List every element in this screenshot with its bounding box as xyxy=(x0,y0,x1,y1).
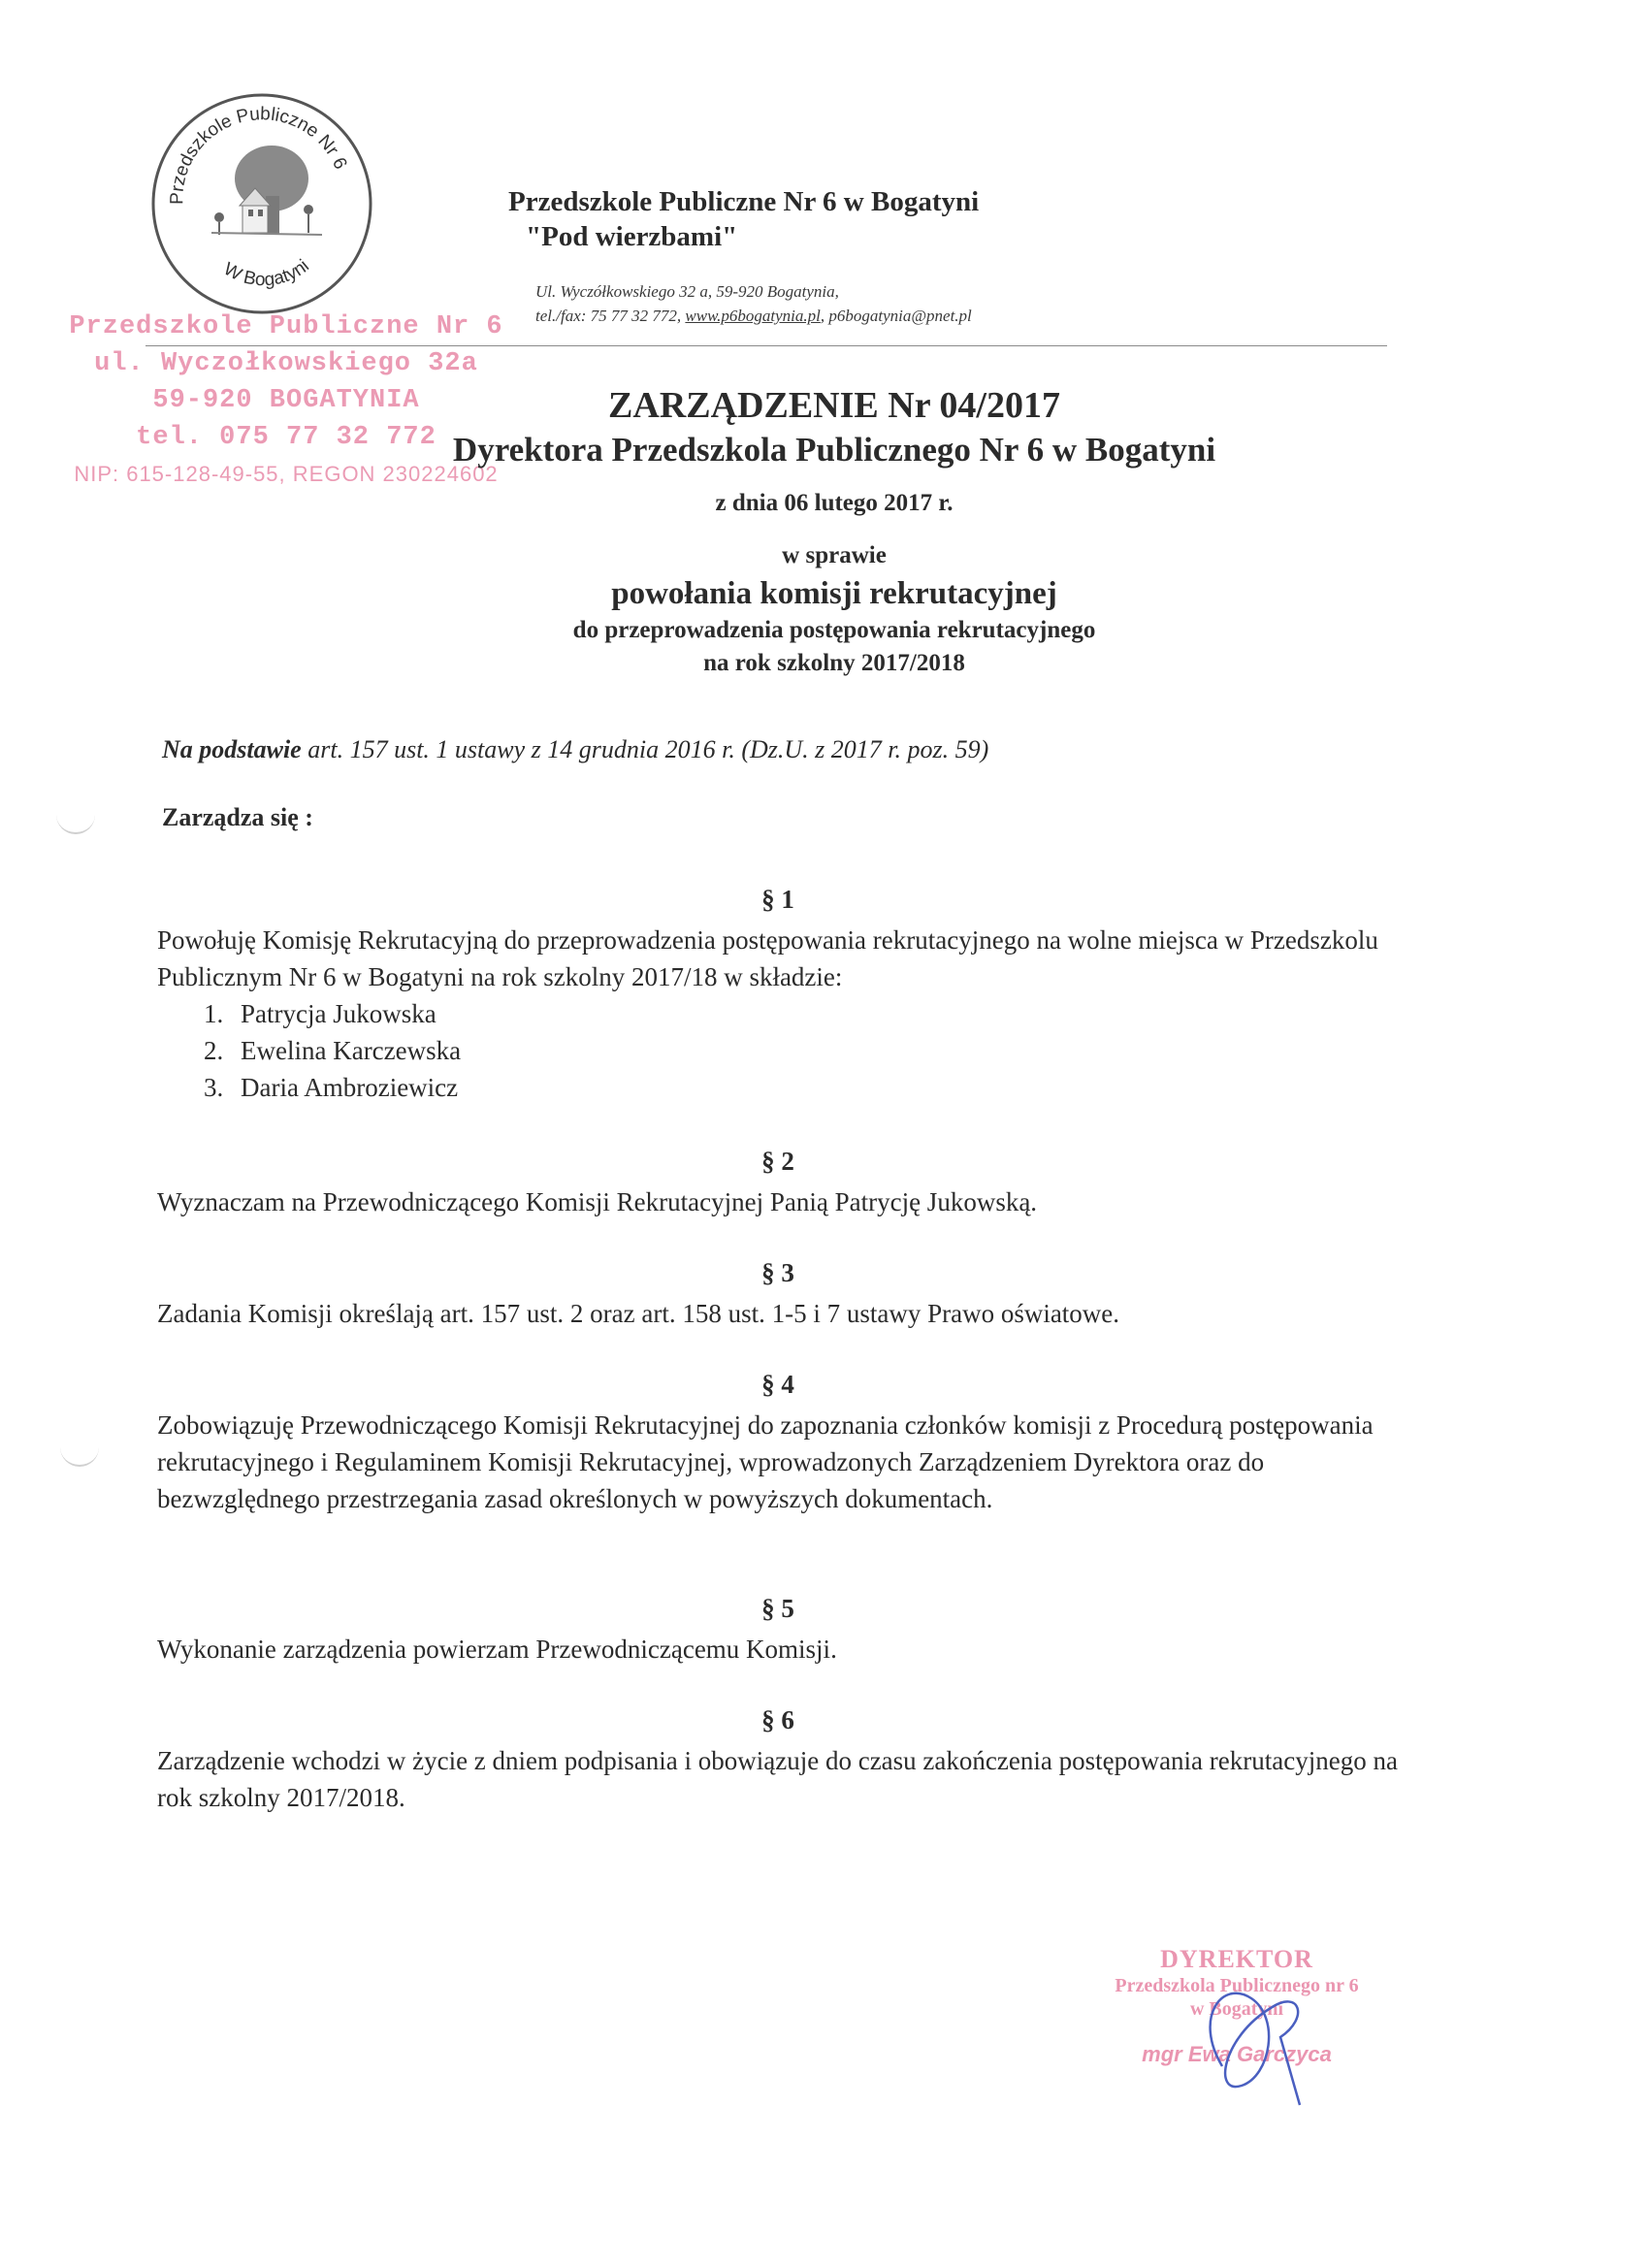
document-subject: powołania komisji rekrutacyjnej xyxy=(291,573,1377,614)
section-text-6: Zarządzenie wchodzi w życie z dniem podp… xyxy=(157,1742,1408,1816)
section-text-2: Wyznaczam na Przewodniczącego Komisji Re… xyxy=(157,1183,1408,1220)
document-issuer: Dyrektora Przedszkola Publicznego Nr 6 w… xyxy=(291,428,1377,472)
document-date: z dnia 06 lutego 2017 r. xyxy=(291,486,1377,521)
legal-basis: Na podstawie art. 157 ust. 1 ustawy z 14… xyxy=(162,735,988,764)
phone-fax: tel./fax: 75 77 32 772, xyxy=(535,307,685,325)
order-phrase: Zarządza się : xyxy=(162,803,313,832)
handwritten-signature-icon xyxy=(1183,1979,1339,2115)
punch-hole-mark xyxy=(60,1443,99,1467)
member-name: Ewelina Karczewska xyxy=(241,1036,461,1065)
letterhead-name: Przedszkole Publiczne Nr 6 w Bogatyni "P… xyxy=(508,184,979,254)
letterhead-contact: Ul. Wyczółkowskiego 32 a, 59-920 Bogatyn… xyxy=(535,279,972,328)
address-line: Ul. Wyczółkowskiego 32 a, 59-920 Bogatyn… xyxy=(535,279,972,304)
school-subtitle: "Pod wierzbami" xyxy=(508,219,979,254)
list-item: 3.Daria Ambroziewicz xyxy=(204,1069,461,1106)
list-item: 2.Ewelina Karczewska xyxy=(204,1032,461,1069)
section-text-3: Zadania Komisji określają art. 157 ust. … xyxy=(157,1295,1408,1332)
document-heading: ZARZĄDZENIE Nr 04/2017 xyxy=(291,383,1377,428)
school-seal-logo: Przedszkole Publiczne Nr 6 W Bogatyni xyxy=(147,89,376,318)
stamp-line: Przedszkole Publiczne Nr 6 xyxy=(58,308,514,345)
section-heading-2: § 2 xyxy=(0,1147,1556,1177)
section-text-5: Wykonanie zarządzenia powierzam Przewodn… xyxy=(157,1631,1408,1668)
member-name: Patrycja Jukowska xyxy=(241,999,436,1028)
email: , p6bogatynia@pnet.pl xyxy=(821,307,972,325)
website-link[interactable]: www.p6bogatynia.pl xyxy=(685,307,820,325)
tree-house-children-icon: Przedszkole Publiczne Nr 6 W Bogatyni xyxy=(147,89,376,318)
document-title-block: ZARZĄDZENIE Nr 04/2017 Dyrektora Przedsz… xyxy=(291,383,1377,680)
school-name: Przedszkole Publiczne Nr 6 w Bogatyni xyxy=(508,186,979,217)
document-subject-line3: na rok szkolny 2017/2018 xyxy=(291,647,1377,680)
contact-line: tel./fax: 75 77 32 772, www.p6bogatynia.… xyxy=(535,304,972,328)
section-heading-4: § 4 xyxy=(0,1370,1556,1400)
section-text-4: Zobowiązuję Przewodniczącego Komisji Rek… xyxy=(157,1407,1408,1517)
legal-basis-text: art. 157 ust. 1 ustawy z 14 grudnia 2016… xyxy=(302,735,989,763)
section-heading-3: § 3 xyxy=(0,1258,1556,1288)
section-heading-6: § 6 xyxy=(0,1705,1556,1735)
punch-hole-mark xyxy=(56,811,95,834)
committee-members-list: 1.Patrycja Jukowska 2.Ewelina Karczewska… xyxy=(204,995,461,1106)
section-text-1: Powołuję Komisję Rekrutacyjną do przepro… xyxy=(157,922,1408,995)
stamp-line: ul. Wyczołkowskiego 32a xyxy=(58,345,514,382)
regarding-label: w sprawie xyxy=(291,538,1377,573)
legal-basis-lead: Na podstawie xyxy=(162,735,302,763)
signature-title: DYREKTOR xyxy=(1077,1945,1397,1974)
list-item: 1.Patrycja Jukowska xyxy=(204,995,461,1032)
member-name: Daria Ambroziewicz xyxy=(241,1073,458,1102)
section-heading-5: § 5 xyxy=(0,1594,1556,1624)
document-subject-line2: do przeprowadzenia postępowania rekrutac… xyxy=(291,614,1377,647)
section-heading-1: § 1 xyxy=(0,885,1556,915)
svg-text:W Bogatyni: W Bogatyni xyxy=(220,256,313,290)
